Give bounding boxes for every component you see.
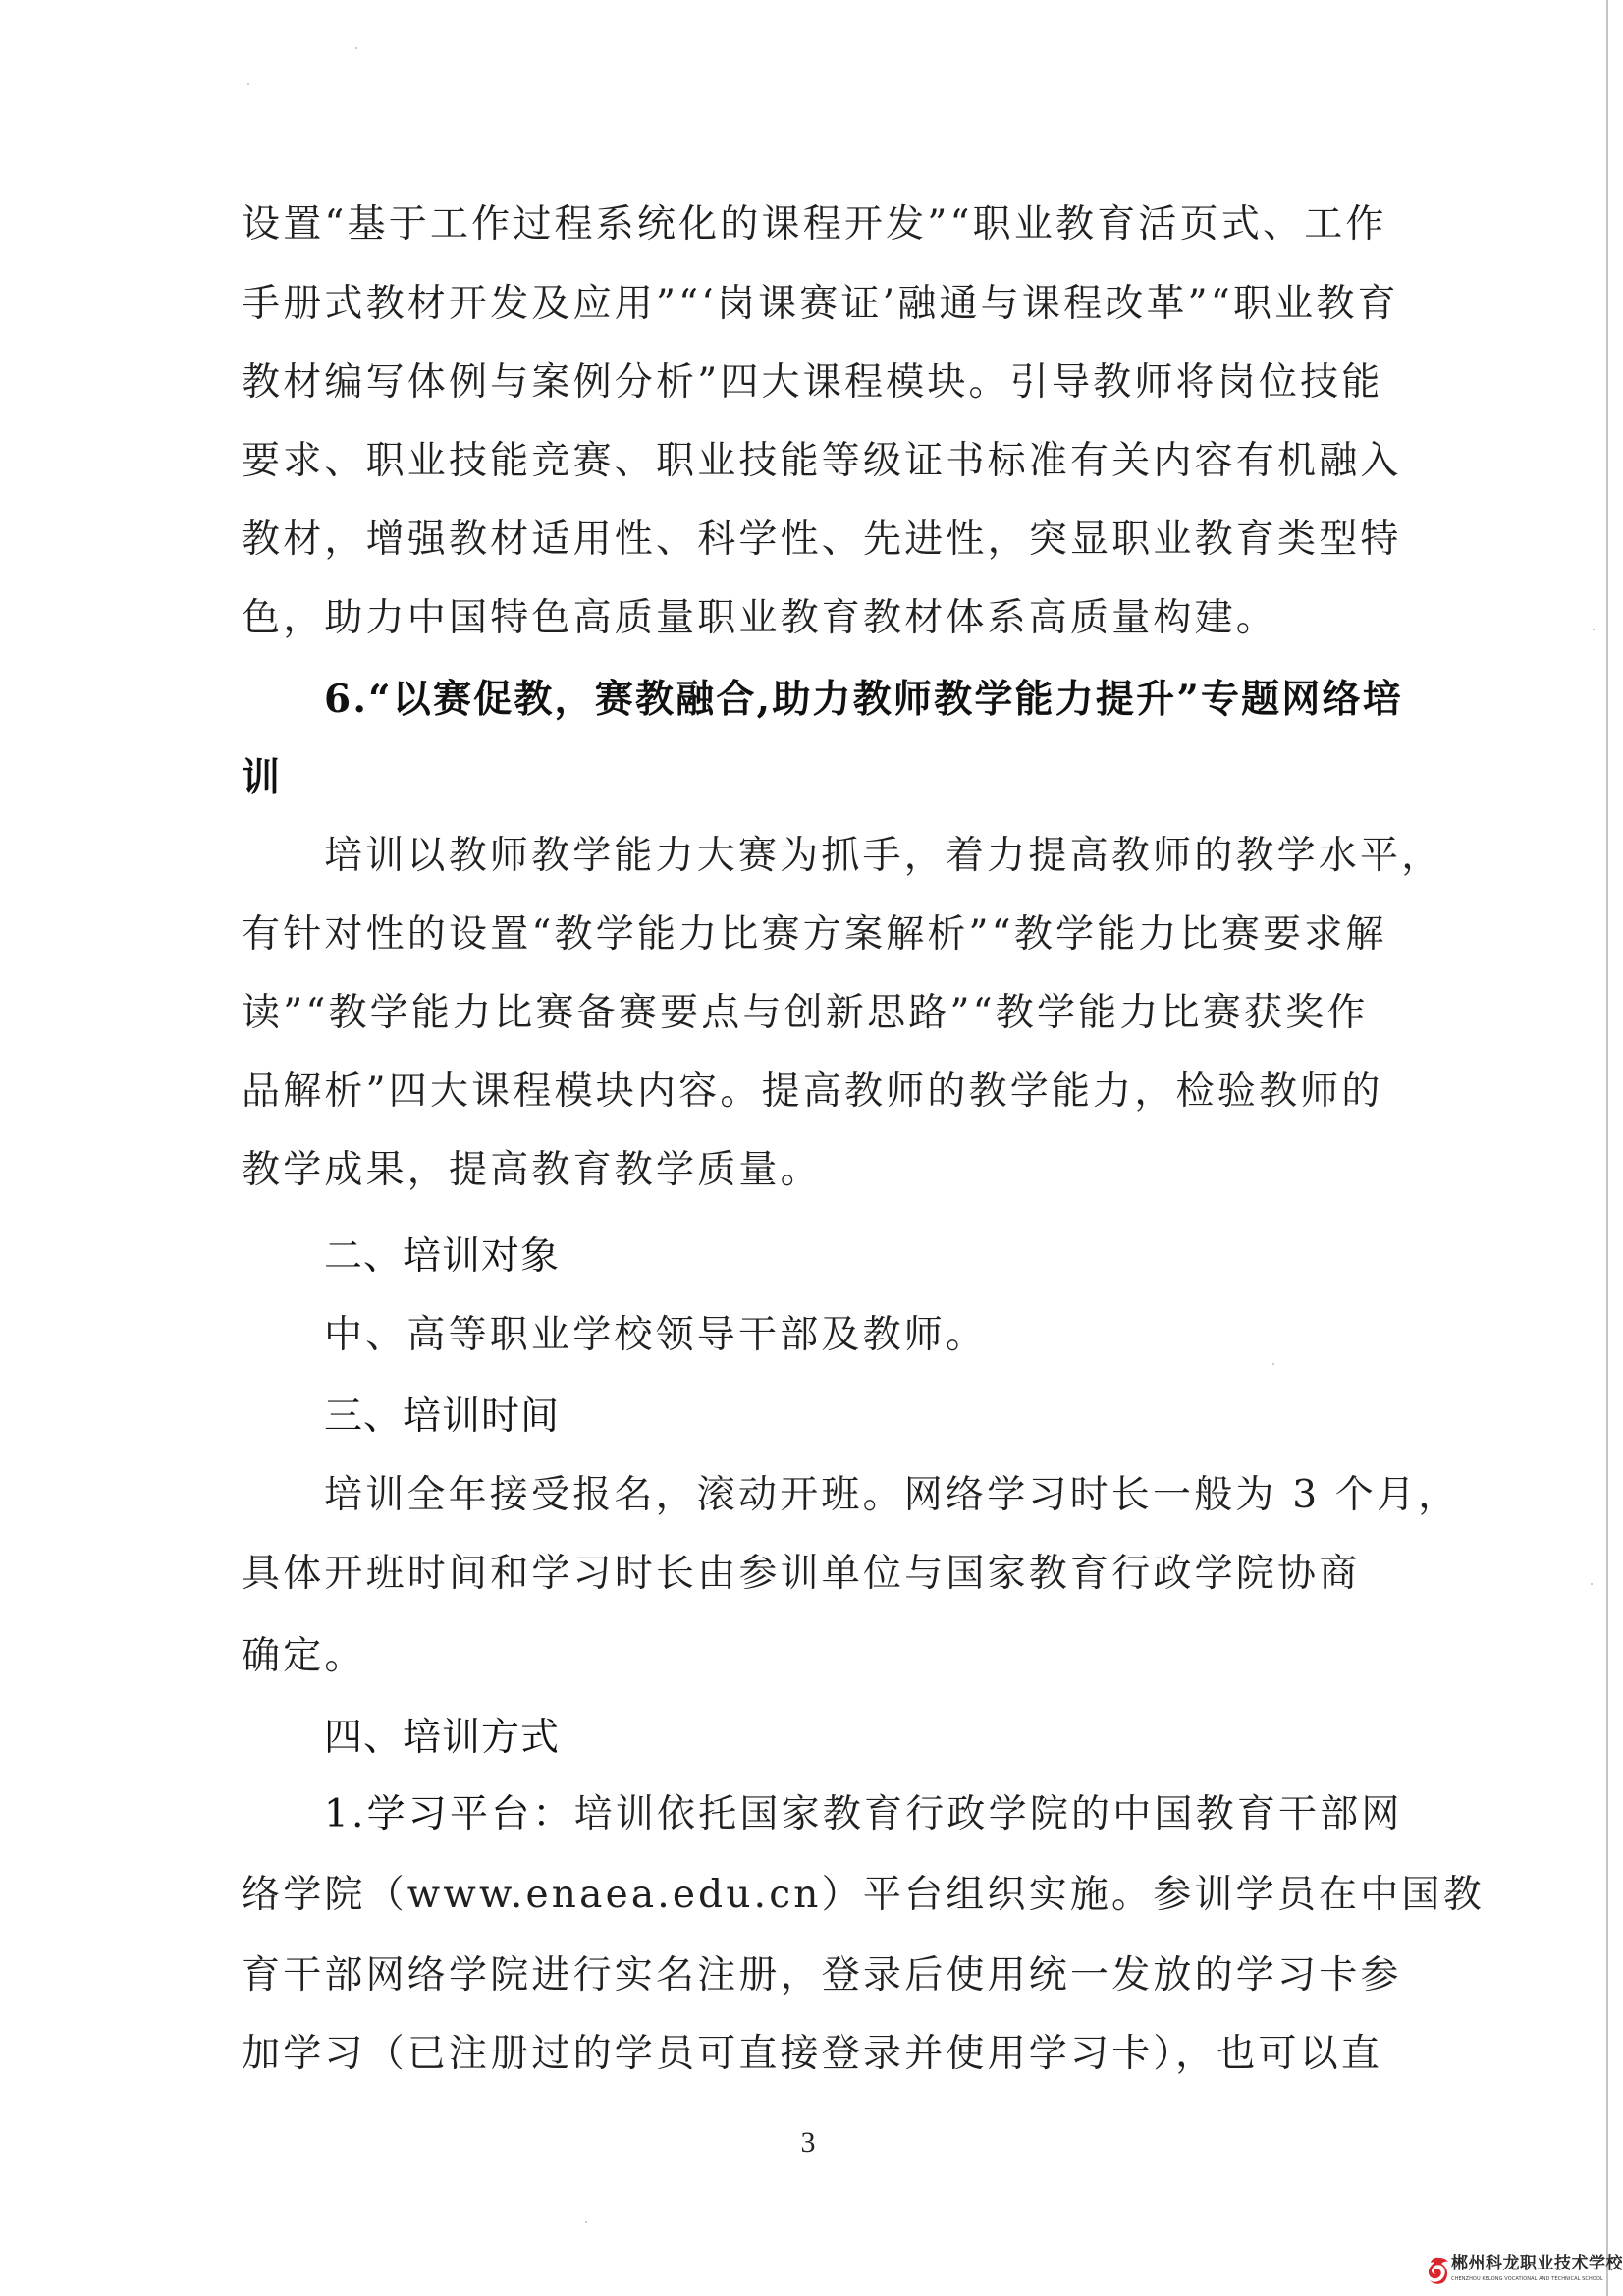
body-line: 培训全年接受报名，滚动开班。网络学习时长一般为 3 个月， xyxy=(324,1466,1380,1525)
body-line: 要求、职业技能竞赛、职业技能等级证书标准有关内容有机融入 xyxy=(242,432,1380,491)
body-line: 教材，增强教材适用性、科学性、先进性，突显职业教育类型特 xyxy=(242,511,1380,570)
body-line: 设置“基于工作过程系统化的课程开发”“职业教育活页式、工作 xyxy=(242,195,1380,254)
section-heading-training-target: 二、培训对象 xyxy=(324,1228,1380,1286)
scan-speck xyxy=(1272,1363,1274,1365)
body-line: 读”“教学能力比赛备赛要点与创新思路”“教学能力比赛获奖作 xyxy=(242,984,1380,1043)
section-heading-training-time: 三、培训时间 xyxy=(324,1388,1380,1447)
body-line: 品解析”四大课程模块内容。提高教师的教学能力，检验教师的 xyxy=(242,1063,1380,1121)
learning-platform-text: 培训依托国家教育行政学院的中国教育干部网 xyxy=(574,1792,1403,1836)
section-heading-training-method: 四、培训方式 xyxy=(324,1709,1380,1768)
body-line: 教学成果，提高教育教学质量。 xyxy=(242,1141,1380,1200)
body-line: 确定。 xyxy=(242,1627,1380,1686)
body-line: 络学院（www.enaea.edu.cn）平台组织实施。参训学员在中国教 xyxy=(242,1866,1380,1925)
body-line: 具体开班时间和学习时长由参训单位与国家教育行政学院协商 xyxy=(242,1545,1380,1604)
school-watermark: 郴州科龙职业技术学校 CHENZHOU KELONG VOCATIONAL AN… xyxy=(1426,2253,1612,2292)
body-line: 中、高等职业学校领导干部及教师。 xyxy=(324,1306,1380,1365)
body-line: 有针对性的设置“教学能力比赛方案解析”“教学能力比赛要求解 xyxy=(242,905,1380,964)
learning-platform-label: 1.学习平台： xyxy=(324,1792,574,1836)
item-6-heading-continued: 训 xyxy=(242,748,1380,807)
body-line-learning-platform: 1.学习平台：培训依托国家教育行政学院的中国教育干部网 xyxy=(324,1785,1380,1844)
school-logo-icon xyxy=(1426,2255,1449,2286)
scan-speck xyxy=(585,2221,587,2223)
body-line: 育干部网络学院进行实名注册，登录后使用统一发放的学习卡参 xyxy=(242,1946,1380,2005)
scan-speck xyxy=(1593,629,1595,630)
scan-speck xyxy=(1591,1583,1593,1585)
page-number: 3 xyxy=(793,2123,823,2162)
body-line: 加学习（已注册过的学员可直接登录并使用学习卡），也可以直 xyxy=(242,2025,1380,2084)
body-line: 教材编写体例与案例分析”四大课程模块。引导教师将岗位技能 xyxy=(242,354,1380,412)
body-line: 手册式教材开发及应用”“‘岗课赛证’融通与课程改革”“职业教育 xyxy=(242,275,1380,334)
school-name: 郴州科龙职业技术学校 xyxy=(1451,2253,1623,2274)
page-edge-line xyxy=(1606,0,1608,2296)
body-line: 培训以教师教学能力大赛为抓手，着力提高教师的教学水平， xyxy=(324,827,1380,886)
body-line: 色，助力中国特色高质量职业教育教材体系高质量构建。 xyxy=(242,589,1380,648)
scan-speck xyxy=(355,47,357,49)
school-name-english: CHENZHOU KELONG VOCATIONAL AND TECHNICAL… xyxy=(1451,2276,1603,2283)
scan-speck xyxy=(247,83,249,85)
item-6-heading: 6.“以赛促教，赛教融合,助力教师教学能力提升”专题网络培 xyxy=(324,670,1380,729)
